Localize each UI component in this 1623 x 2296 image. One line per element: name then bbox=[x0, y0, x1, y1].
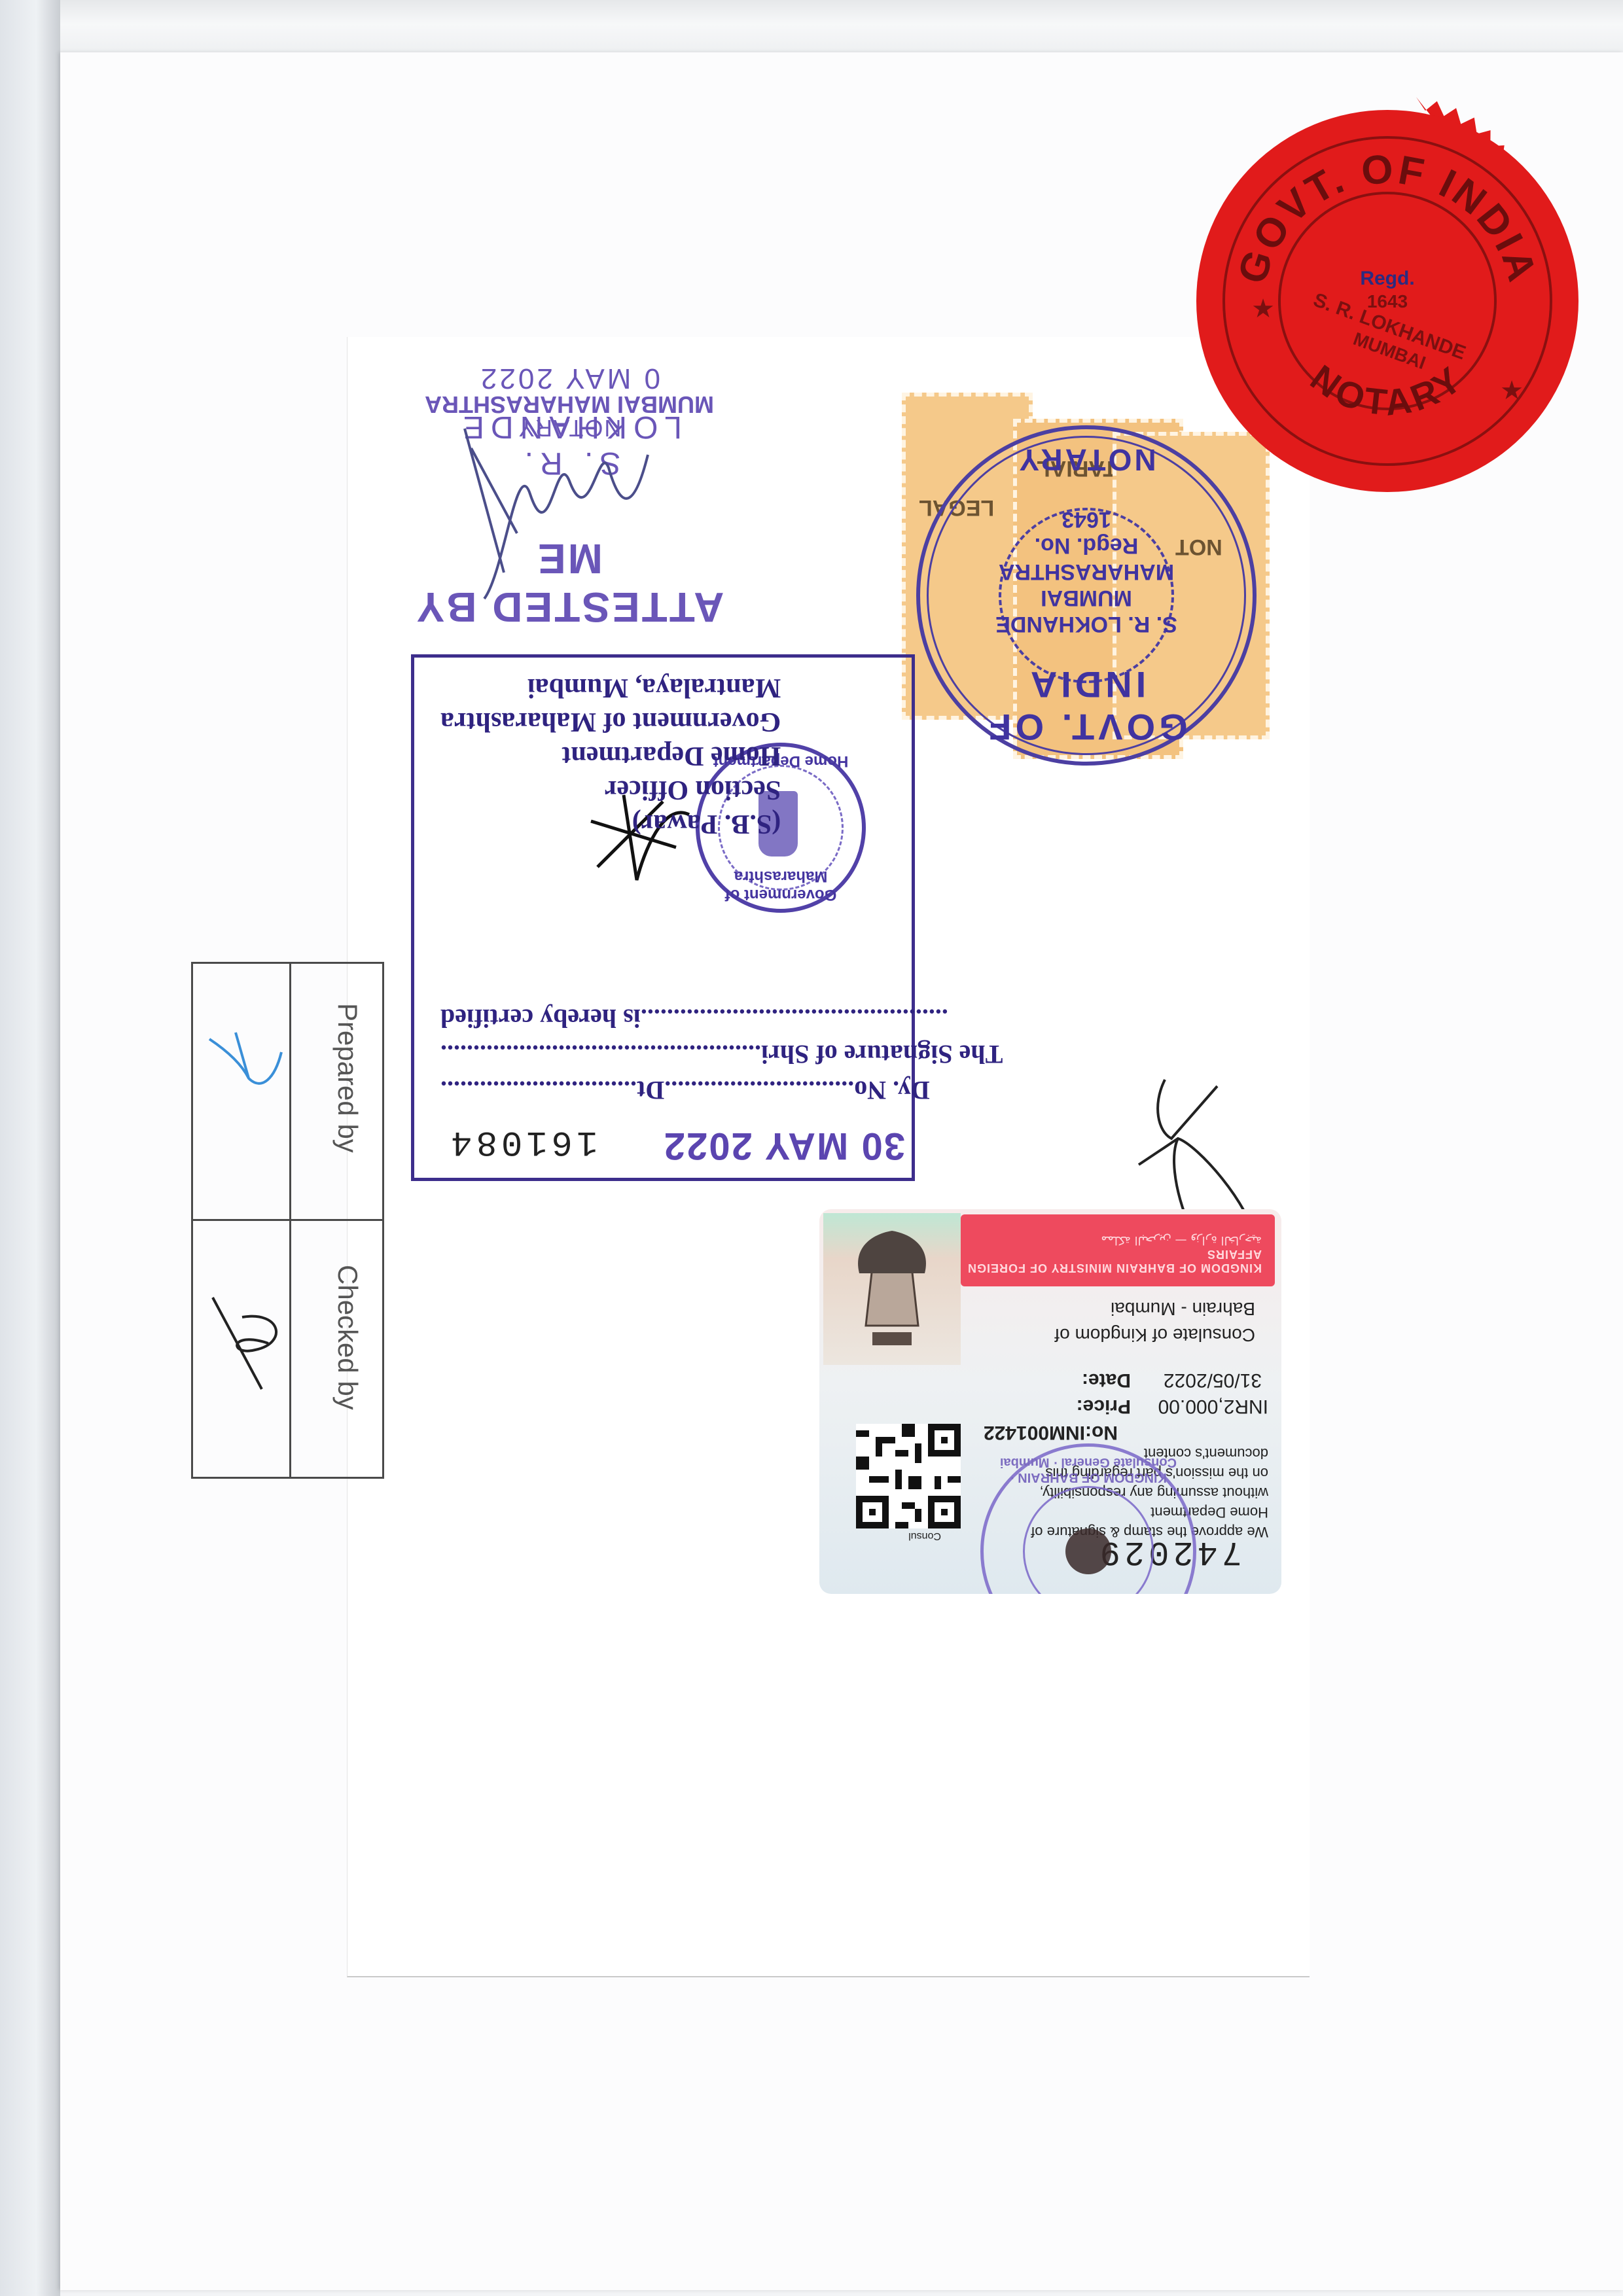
consulate-name: Consulate of Kingdom of bbox=[1054, 1324, 1255, 1345]
notary-date: 0 MAY 2022 bbox=[399, 362, 740, 395]
hereby-certified-line: ........................................… bbox=[440, 1003, 948, 1034]
coat-of-arms-icon bbox=[853, 1227, 931, 1352]
certification-date-stamp: 30 MAY 2022 bbox=[663, 1124, 905, 1168]
attestation-date: 31/05/2022 bbox=[1164, 1369, 1262, 1391]
attested-by-me-stamp: ATTESTED BY ME S. R. LOKHANDE NOTARY MUM… bbox=[399, 357, 740, 638]
government: Government of Maharashtra bbox=[440, 705, 781, 739]
prepared-checked-table: Prepared by Checked by bbox=[191, 962, 384, 1479]
home-department-certification: 161084 30 MAY 2022 Dy. No...............… bbox=[411, 654, 915, 1181]
notary-stamp-top-text: GOVT. OF INDIA bbox=[920, 663, 1253, 749]
checked-by-label: Checked by bbox=[332, 1265, 363, 1410]
officer-block: (S.B. Pawar) Section Officer Home Depart… bbox=[440, 671, 781, 841]
wax-seal-icon: GOVT. OF INDIA NOTARY Regd. 1643 S. R. L… bbox=[1178, 92, 1597, 510]
scanner-left-edge bbox=[0, 0, 60, 2296]
bahrain-mofa-band: KINGDOM OF BAHRAIN MINISTRY OF FOREIGN A… bbox=[961, 1214, 1275, 1286]
qr-code-icon[interactable] bbox=[856, 1424, 961, 1528]
bahrain-emblem bbox=[823, 1213, 961, 1365]
star-icon: ★ bbox=[1251, 294, 1275, 323]
svg-text:Regd.: Regd. bbox=[1360, 268, 1414, 289]
dy-no-line: Dy. No.............................Dt...… bbox=[440, 1075, 930, 1106]
star-icon: ★ bbox=[1500, 376, 1524, 405]
dy-number: 161084 bbox=[447, 1122, 597, 1161]
notary-stamp-center: S. R. LOKHANDE MUMBAI MAHARASHTRA Regd. … bbox=[920, 506, 1253, 637]
prepared-by-signature-icon bbox=[203, 1026, 288, 1098]
consul-label: Consul bbox=[908, 1530, 941, 1542]
officer-title: Section Officer bbox=[440, 773, 781, 807]
signature-of-line: The Signature of Shri...................… bbox=[440, 1039, 1003, 1070]
bahrain-consulate-attestation-sticker: KINGDOM OF BAHRAIN MINISTRY OF FOREIGN A… bbox=[819, 1209, 1281, 1594]
red-wax-notary-seal: GOVT. OF INDIA NOTARY Regd. 1643 S. R. L… bbox=[1178, 92, 1597, 510]
location: Mantralaya, Mumbai bbox=[440, 671, 781, 705]
scanner-top-edge bbox=[0, 0, 1623, 60]
officer-name: (S.B. Pawar) bbox=[440, 807, 781, 841]
attestation-price: INR2,000.00 bbox=[1158, 1395, 1268, 1417]
consulate-city: Bahrain - Mumbai bbox=[1111, 1298, 1255, 1319]
bahrain-consulate-seal: KINGDOM OF BAHRAIN · Consulate General ·… bbox=[980, 1443, 1196, 1594]
prepared-by-label: Prepared by bbox=[332, 1003, 363, 1153]
notary-signature-icon bbox=[452, 415, 661, 612]
department: Home Department bbox=[440, 739, 781, 773]
sticker-number: No:INM001422 bbox=[984, 1421, 1118, 1443]
checked-by-signature-icon bbox=[203, 1291, 288, 1396]
notary-place: MUMBAI MAHARASHTRA bbox=[399, 391, 740, 418]
